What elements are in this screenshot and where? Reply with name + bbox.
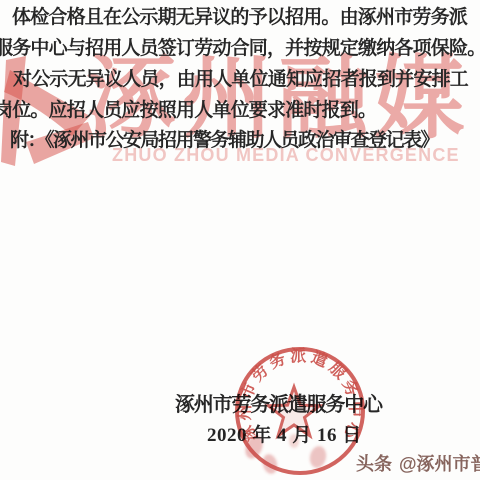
body-text-line-2: 服务中心与招用人员签订劳动合同，并按规定缴纳各项保险。 xyxy=(0,38,480,61)
body-text-line-3: 对公示无异议人员，由用人单位通知应招者报到并安排工 xyxy=(13,69,468,92)
official-seal-stamp: 涿州市劳务派遣服务中心 xyxy=(218,337,382,480)
document-page: 涿州融媒 ZHUO ZHOU MEDIA CONVERGENCE 体检合格且在公… xyxy=(0,0,480,480)
star-icon xyxy=(268,387,319,436)
attachment-line: 附：《涿州市公安局招用警务辅助人员政治审查登记表》 xyxy=(10,130,438,153)
body-text-line-4: 岗位。应招人员应按照用人单位要求准时报到。 xyxy=(0,100,376,123)
account-handle: @涿州市普法 xyxy=(399,450,480,476)
body-text-line-1: 体检合格且在公示期无异议的予以招用。由涿州市劳务派 xyxy=(12,7,467,30)
seal-ink-smudges xyxy=(242,433,328,476)
